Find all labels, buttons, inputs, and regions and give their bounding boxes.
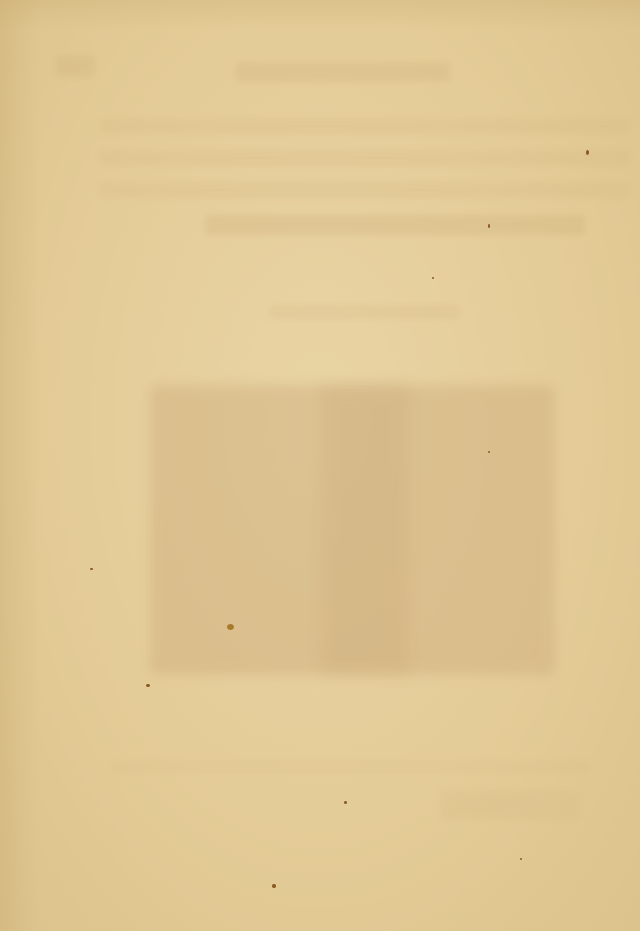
foxing-spot bbox=[146, 684, 150, 687]
bleed-through-caption bbox=[270, 305, 460, 319]
foxing-spot bbox=[520, 858, 522, 860]
bleed-through-text-line bbox=[205, 215, 585, 235]
foxing-spot bbox=[488, 451, 490, 453]
page-edge-shadow bbox=[0, 0, 40, 931]
bleed-through-text-line bbox=[100, 182, 630, 198]
blank-book-page bbox=[0, 0, 640, 931]
bleed-through-page-number bbox=[55, 55, 95, 77]
foxing-spot bbox=[272, 884, 276, 888]
foxing-spot bbox=[586, 150, 589, 155]
page-top-shadow bbox=[0, 0, 640, 30]
bleed-through-plate-shade bbox=[320, 385, 410, 675]
bleed-through-text-line bbox=[110, 760, 590, 774]
bleed-through-running-header bbox=[235, 62, 450, 82]
foxing-spot bbox=[488, 224, 490, 228]
foxing-spot bbox=[227, 624, 234, 630]
bleed-through-text-line bbox=[100, 150, 630, 166]
bleed-through-text-line bbox=[440, 790, 580, 820]
foxing-spot bbox=[90, 568, 93, 570]
bleed-through-text-line bbox=[100, 118, 630, 134]
foxing-spot bbox=[344, 801, 347, 804]
foxing-spot bbox=[432, 277, 434, 279]
